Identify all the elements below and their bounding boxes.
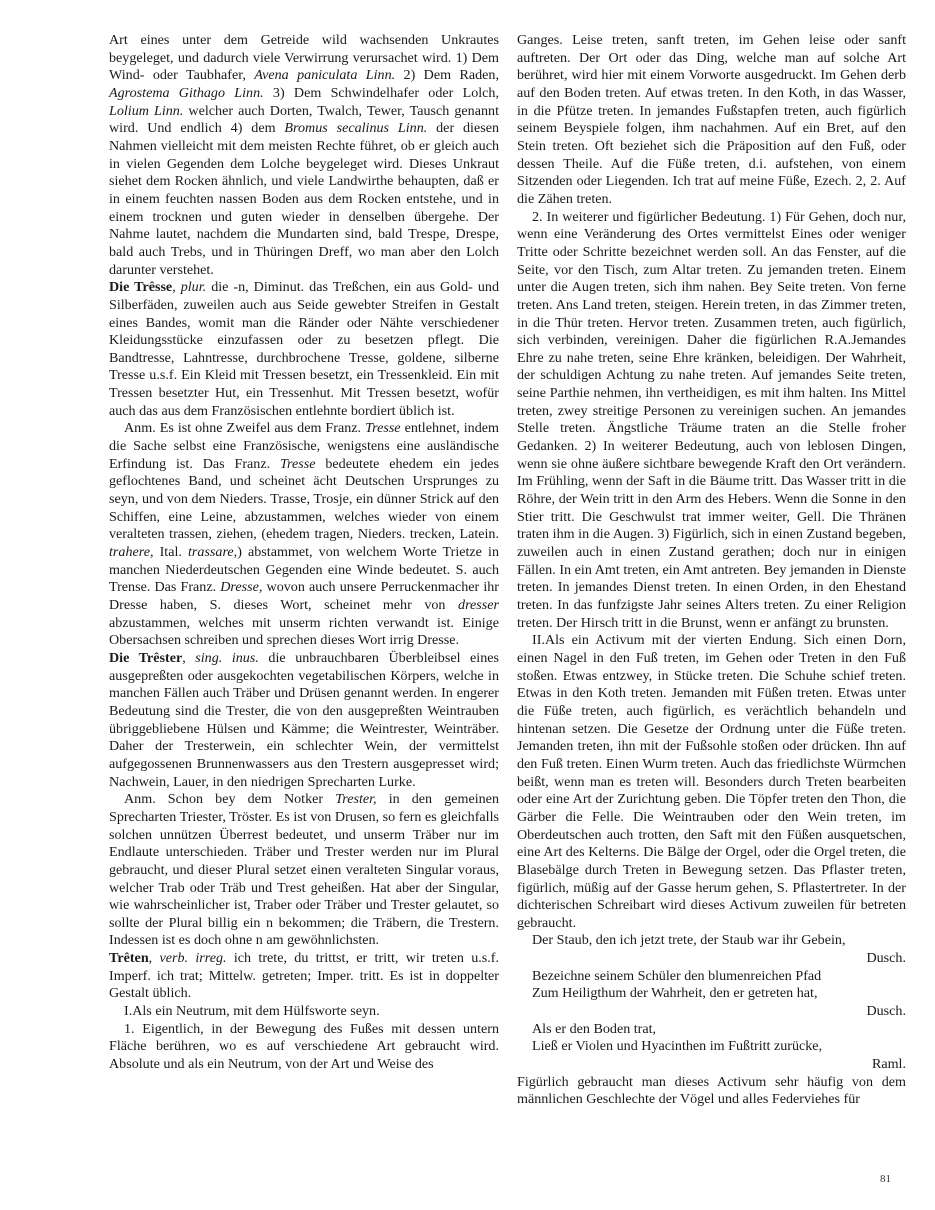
verse-line: Bezeichne seinem Schüler den blumenreich… [517, 968, 906, 986]
entry-trester: Die Trêster, sing. inus. die unbrauchbar… [109, 650, 499, 791]
verse-line: Ließ er Violen und Hyacinthen im Fußtrit… [517, 1038, 906, 1056]
quote-2: Bezeichne seinem Schüler den blumenreich… [517, 968, 906, 1021]
note-tresse: Anm. Es ist ohne Zweifel aus dem Franz. … [109, 420, 499, 650]
right-column: Ganges. Leise treten, sanft treten, im G… [517, 32, 906, 1109]
sense-1-continued: Ganges. Leise treten, sanft treten, im G… [517, 32, 906, 209]
left-column: Art eines unter dem Getreide wild wachse… [109, 32, 499, 1074]
latin-name: Bromus secalinus Linn. [284, 120, 427, 136]
grammar-note: plur. [181, 279, 206, 295]
sense-I: I.Als ein Neutrum, mit dem Hülfsworte se… [109, 1003, 499, 1021]
latin-name: Avena paniculata Linn. [254, 67, 395, 83]
page-number: 81 [880, 1173, 891, 1185]
entry-treten: Trêten, verb. irreg. ich trete, du tritt… [109, 950, 499, 1003]
entry-tresse: Die Trêsse, plur. die -n, Diminut. das T… [109, 279, 499, 420]
headword: Die Trêsse [109, 279, 172, 295]
quote-source: Raml. [517, 1056, 906, 1074]
quote-3: Als er den Boden trat, Ließ er Violen un… [517, 1021, 906, 1074]
verse-line: Der Staub, den ich jetzt trete, der Stau… [517, 932, 906, 950]
sense-II: II.Als ein Activum mit der vierten Endun… [517, 632, 906, 932]
closing-paragraph: Figürlich gebraucht man dieses Activum s… [517, 1074, 906, 1109]
quote-source: Dusch. [517, 1003, 906, 1021]
quote-1: Der Staub, den ich jetzt trete, der Stau… [517, 932, 906, 967]
verse-line: Als er den Boden trat, [517, 1021, 906, 1039]
note-trester: Anm. Schon bey dem Notker Trester, in de… [109, 791, 499, 950]
latin-name: Agrostema Githago Linn. [109, 85, 264, 101]
verse-line: Zum Heiligthum der Wahrheit, den er getr… [517, 985, 906, 1003]
headword: Die Trêster [109, 650, 182, 666]
sense-1: 1. Eigentlich, in der Bewegung des Fußes… [109, 1021, 499, 1074]
headword: Trêten [109, 950, 149, 966]
grammar-note: verb. irreg. [160, 950, 227, 966]
grammar-note: sing. inus. [195, 650, 259, 666]
latin-name: Lolium Linn. [109, 103, 183, 119]
sense-2: 2. In weiterer und figürlicher Bedeutung… [517, 209, 906, 633]
paragraph-unkraut: Art eines unter dem Getreide wild wachse… [109, 32, 499, 279]
quote-source: Dusch. [517, 950, 906, 968]
